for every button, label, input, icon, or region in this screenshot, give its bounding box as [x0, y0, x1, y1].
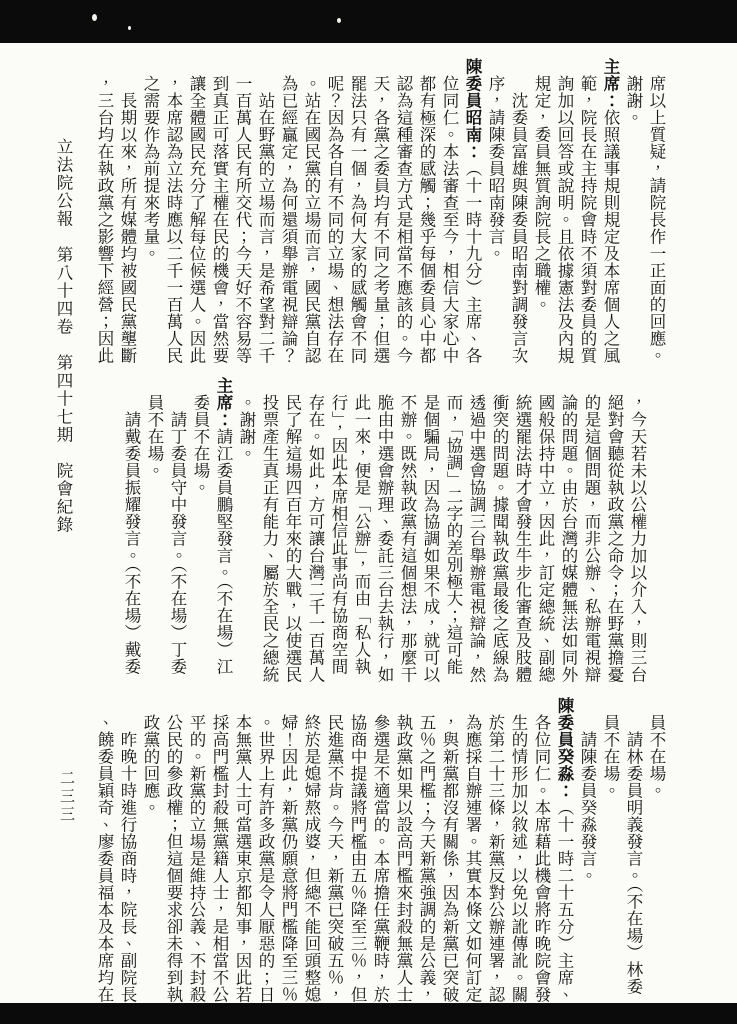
scan-speck [92, 14, 97, 21]
text-column: 。站在國民黨的立場而言，國民黨自認 [300, 58, 323, 364]
speaker-name: 陳委員昭南： [463, 58, 482, 160]
scan-speck [128, 26, 131, 30]
column-text: 本無黨人士可當選東京都知事，因此若 [233, 697, 252, 1003]
column-text: 脆由中選會辦理、委託三台去執行，如 [375, 377, 394, 683]
text-column: 是個騙局，因為協調如果不成，就可以 [419, 377, 442, 683]
text-column: 規定，委員無質詢院長之職權。 [530, 58, 553, 364]
text-column: 平的。新黨的立場是維持公義、不封殺 [185, 697, 208, 1003]
column-text: 參選是不適當的。本席擔任黨鞭時，於 [371, 697, 390, 1003]
column-text: 詢加以回答或說明。且依據憲法及內規 [555, 58, 574, 364]
column-text: 於第二十三條，新黨反對公辦連署，認 [486, 697, 505, 1003]
text-column: 謝謝。 [622, 58, 645, 364]
column-text: 執政黨如果以設高門檻來封殺無黨人士 [394, 697, 413, 1003]
speaker-name: 陳委員癸淼： [555, 697, 574, 799]
column-text: 、饒委員穎奇、廖委員福本及本席均在 [95, 697, 114, 1003]
text-column: ，今天若未以公權力加以介入，則三台 [626, 377, 649, 683]
text-column: 長期以來，所有媒體均被國民黨壟斷 [116, 58, 139, 364]
text-column: 執政黨如果以設高門檻來封殺無黨人士 [392, 697, 415, 1003]
text-column: 罷法只有一個，為何大家的感觸會不同 [346, 58, 369, 364]
column-text: 終於是媳婦熬成婆，但總不能回頭整媳 [302, 697, 321, 1003]
column-text: 席以上質疑，請院長作一正面的回應。 [647, 58, 666, 364]
column-text: 。謝謝。 [237, 377, 256, 462]
column-text: ，本席認為立法時應以二千一百萬人民 [164, 58, 183, 364]
text-column: 站在野黨的立場而言，是希望對二千 [254, 58, 277, 364]
column-text: ，今天若未以公權力加以介入，則三台 [628, 377, 647, 683]
text-column: 之需要作為前提來考量。 [139, 58, 162, 364]
text-column: 民了解這場四百年來的大戰，以使選民 [281, 377, 304, 683]
column-text: 婦！因此，新黨仍願意將門檻降至三％ [279, 697, 298, 1003]
column-text: 而，「協調」二字的差別極大；這可能 [444, 377, 463, 675]
text-column: 各位同仁。本席藉此機會將昨晚院會發 [530, 697, 553, 1003]
text-column: 一百萬人民有所交代；今天好不容易等 [231, 58, 254, 364]
text-column: 委員不在場。 [189, 377, 212, 683]
column-text: 員不在場。 [145, 377, 164, 479]
text-column: 陳委員癸淼：（十一時二十五分）主席、 [553, 697, 576, 1003]
column-text: 。世界上有許多政黨是令人厭惡的；日 [256, 697, 275, 1003]
text-column: 終於是媳婦熬成婆，但總不能回頭整媳 [300, 697, 323, 1003]
section-top-text-block: 席以上質疑，請院長作一正面的回應。 謝謝。 主席：依照議事規則規定及本席個人之風… [93, 58, 668, 364]
text-column: 、饒委員穎奇、廖委員福本及本席均在 [93, 697, 116, 1003]
text-column: 陳委員昭南：（十一時十九分）主席、各 [461, 58, 484, 364]
text-column: 為應採自辦連署。其實本條文如何訂定 [461, 697, 484, 1003]
column-text: 政黨的回應。 [141, 697, 160, 816]
text-column: ，本席認為立法時應以二千一百萬人民 [162, 58, 185, 364]
column-text: 協商中提議將門檻由五％降至三％，但 [348, 697, 367, 1003]
column-text: 透過中選會協調三台舉辦電視辯論，然 [467, 377, 486, 683]
text-column: ，與新黨都沒有關係，因為新黨已突破 [438, 697, 461, 1003]
column-text: 國般保持中立，因此，訂定總統、副總 [536, 377, 555, 683]
column-text: 讓全體國民充分了解每位候選人。因此 [187, 58, 206, 364]
column-text: 統選罷法時才會發生牛步化審查及肢體 [513, 377, 532, 683]
text-column: ，三台均在執政黨之影響下經營；因此 [93, 58, 116, 364]
column-text: 民進黨不肯。今天，新黨已突破五％， [325, 697, 344, 1003]
text-column: 主席：請江委員鵬堅發言。（不在場）江 [212, 377, 235, 683]
column-text: 請丁委員守中發言。（不在場）丁委 [168, 377, 187, 675]
text-column: 昨晚十時進行協商時，院長、副院長 [116, 697, 139, 1003]
text-column: 國般保持中立，因此，訂定總統、副總 [534, 377, 557, 683]
gazette-spine-header: 立法院公報 第八十四卷 第四十七期 院會紀錄 [51, 138, 75, 534]
text-column: 請陳委員癸淼發言。 [576, 697, 599, 1003]
column-text: 長期以來，所有媒體均被國民黨壟斷 [118, 58, 137, 364]
text-column: 民進黨不肯。今天，新黨已突破五％， [323, 697, 346, 1003]
column-text: 論的問題。由於台灣的媒體無法如同外 [559, 377, 578, 683]
text-column: 於第二十三條，新黨反對公辦連署，認 [484, 697, 507, 1003]
column-text: 存在。如此，方可讓台灣二千一百萬人 [306, 377, 325, 683]
column-text: 認為這種審查方式是相當不應該的。今 [394, 58, 413, 364]
column-text: 行」，因此本席相信此事尚有協商空間 [329, 377, 348, 675]
text-column: 都有極深的感觸；幾乎每個委員心中都 [415, 58, 438, 364]
column-text: 投票產生真正有能力、屬於全民之總統 [260, 377, 279, 683]
column-text: 不辦。既然執政黨有這個想法，那麼干 [398, 377, 417, 683]
text-column: 請丁委員守中發言。（不在場）丁委 [166, 377, 189, 683]
column-text: 的是這個問題，而非公辦、私辦電視辯 [582, 377, 601, 683]
text-column: 天，各黨之委員均有不同之考量；但選 [369, 58, 392, 364]
text-column: 絕對會聽從執政黨之命令；在野黨擔憂 [603, 377, 626, 683]
column-text: 各位同仁。本席藉此機會將昨晚院會發 [532, 697, 551, 1003]
text-column: 員不在場。 [143, 377, 166, 683]
text-column: 不辦。既然執政黨有這個想法，那麼干 [396, 377, 419, 683]
text-column: 政黨的回應。 [139, 697, 162, 1003]
text-column: 請林委員明義發言。（不在場）林委 [622, 697, 645, 1003]
text-column: 投票產生真正有能力、屬於全民之總統 [258, 377, 281, 683]
section-bottom-text-block: 員不在場。 請林委員明義發言。（不在場）林委 員不在場。 請陳委員癸淼發言。 陳… [93, 697, 668, 1003]
column-text: 位同仁。本法審查至今，相信大家心中 [440, 58, 459, 364]
text-column: 為已經贏定，為何還須舉辦電視辯論？ [277, 58, 300, 364]
text-column: 此一來，便是「公辦」，而由「私人執 [350, 377, 373, 683]
column-text: 請戴委員振耀發言。（不在場）戴委 [122, 377, 141, 675]
text-column: 協商中提議將門檻由五％降至三％，但 [346, 697, 369, 1003]
column-text: 委員不在場。 [191, 377, 210, 496]
column-text: 請陳委員癸淼發言。 [578, 697, 597, 884]
column-text: 請江委員鵬堅發言。（不在場）江 [214, 428, 233, 675]
text-column: 到真正可落實主權在民的機會，當然要 [208, 58, 231, 364]
page-number: 二三三 [56, 770, 77, 824]
column-text: 一百萬人民有所交代；今天好不容易等 [233, 58, 252, 364]
text-column: 席以上質疑，請院長作一正面的回應。 [645, 58, 668, 364]
column-text: 昨晚十時進行協商時，院長、副院長 [118, 697, 137, 1003]
column-text: 請林委員明義發言。（不在場）林委 [624, 697, 643, 995]
text-column: 公民的參政權；但這個要求卻未得到執 [162, 697, 185, 1003]
text-column: 主席：依照議事規則規定及本席個人之風 [599, 58, 622, 364]
scan-black-bar-bottom [0, 1003, 737, 1024]
text-column: 婦！因此，新黨仍願意將門檻降至三％ [277, 697, 300, 1003]
column-text: ，與新黨都沒有關係，因為新黨已突破 [440, 697, 459, 1003]
text-column: 沈委員富雄與陳委員昭南對調發言次 [507, 58, 530, 364]
column-text: 。站在國民黨的立場而言，國民黨自認 [302, 58, 321, 364]
text-column: 生的情形加以敘述，以免以訛傳訛。關 [507, 697, 530, 1003]
column-text: 是個騙局，因為協調如果不成，就可以 [421, 377, 440, 683]
text-column: 透過中選會協調三台舉辦電視辯論，然 [465, 377, 488, 683]
column-text: （十一時十九分）主席、各 [463, 160, 482, 364]
column-text: 員不在場。 [647, 697, 666, 799]
speaker-name: 主席： [601, 58, 620, 109]
text-column: 本無黨人士可當選東京都知事，因此若 [231, 697, 254, 1003]
text-column: 參選是不適當的。本席擔任黨鞭時，於 [369, 697, 392, 1003]
column-text: 五％之門檻；今天新黨強調的是公義， [417, 697, 436, 1003]
text-column: 認為這種審查方式是相當不應該的。今 [392, 58, 415, 364]
column-text: 依照議事規則規定及本席個人之風 [601, 109, 620, 364]
text-column: 範，院長在主持院會時不須對委員的質 [576, 58, 599, 364]
text-column: 採高門檻封殺無黨籍人士，是相當不公 [208, 697, 231, 1003]
column-text: 採高門檻封殺無黨籍人士，是相當不公 [210, 697, 229, 1003]
column-text: 到真正可落實主權在民的機會，當然要 [210, 58, 229, 364]
column-text: 衝突的問題。據聞執政黨最後之底線為 [490, 377, 509, 683]
text-column: 讓全體國民充分了解每位候選人。因此 [185, 58, 208, 364]
column-text: 生的情形加以敘述，以免以訛傳訛。關 [509, 697, 528, 1003]
column-text: 為已經贏定，為何還須舉辦電視辯論？ [279, 58, 298, 364]
text-column: 行」，因此本席相信此事尚有協商空間 [327, 377, 350, 683]
column-text: 都有極深的感觸；幾乎每個委員心中都 [417, 58, 436, 364]
column-text: （十一時二十五分）主席、 [555, 799, 574, 1003]
text-column: 序，請陳委員昭南發言。 [484, 58, 507, 364]
column-text: 此一來，便是「公辦」，而由「私人執 [352, 377, 371, 675]
column-text: ，三台均在執政黨之影響下經營；因此 [95, 58, 114, 364]
column-text: 序，請陳委員昭南發言。 [486, 58, 505, 262]
column-text: 規定，委員無質詢院長之職權。 [532, 58, 551, 313]
text-column: 。世界上有許多政黨是令人厭惡的；日 [254, 697, 277, 1003]
column-text: 範，院長在主持院會時不須對委員的質 [578, 58, 597, 364]
column-text: 為應採自辦連署。其實本條文如何訂定 [463, 697, 482, 1003]
scan-speck [337, 18, 341, 23]
text-column: 脆由中選會辦理、委託三台去執行，如 [373, 377, 396, 683]
column-text: 罷法只有一個，為何大家的感觸會不同 [348, 58, 367, 364]
text-column: 員不在場。 [599, 697, 622, 1003]
column-text: 天，各黨之委員均有不同之考量；但選 [371, 58, 390, 364]
text-column: 位同仁。本法審查至今，相信大家心中 [438, 58, 461, 364]
column-text: 沈委員富雄與陳委員昭南對調發言次 [509, 58, 528, 364]
column-text: 之需要作為前提來考量。 [141, 58, 160, 262]
text-column: 統選罷法時才會發生牛步化審查及肢體 [511, 377, 534, 683]
text-column: 的是這個問題，而非公辦、私辦電視辯 [580, 377, 603, 683]
column-text: 平的。新黨的立場是維持公義、不封殺 [187, 697, 206, 1003]
text-column: 五％之門檻；今天新黨強調的是公義， [415, 697, 438, 1003]
speaker-name: 主席： [214, 377, 233, 428]
column-text: 民了解這場四百年來的大戰，以使選民 [283, 377, 302, 683]
text-column: 員不在場。 [645, 697, 668, 1003]
text-column: 請戴委員振耀發言。（不在場）戴委 [120, 377, 143, 683]
column-text: 呢？因為各自有不同的立場、想法存在 [325, 58, 344, 364]
column-text: 站在野黨的立場而言，是希望對二千 [256, 58, 275, 364]
column-text: 絕對會聽從執政黨之命令；在野黨擔憂 [605, 377, 624, 683]
section-middle-text-block: ，今天若未以公權力加以介入，則三台 絕對會聽從執政黨之命令；在野黨擔憂 的是這個… [120, 377, 649, 683]
column-text: 員不在場。 [601, 697, 620, 799]
text-column: 詢加以回答或說明。且依據憲法及內規 [553, 58, 576, 364]
column-text: 謝謝。 [624, 58, 643, 126]
text-column: 存在。如此，方可讓台灣二千一百萬人 [304, 377, 327, 683]
text-column: 而，「協調」二字的差別極大；這可能 [442, 377, 465, 683]
column-text: 公民的參政權；但這個要求卻未得到執 [164, 697, 183, 1003]
text-column: 呢？因為各自有不同的立場、想法存在 [323, 58, 346, 364]
text-column: 衝突的問題。據聞執政黨最後之底線為 [488, 377, 511, 683]
text-column: 。謝謝。 [235, 377, 258, 683]
text-column: 論的問題。由於台灣的媒體無法如同外 [557, 377, 580, 683]
scan-black-bar-top [0, 0, 737, 43]
